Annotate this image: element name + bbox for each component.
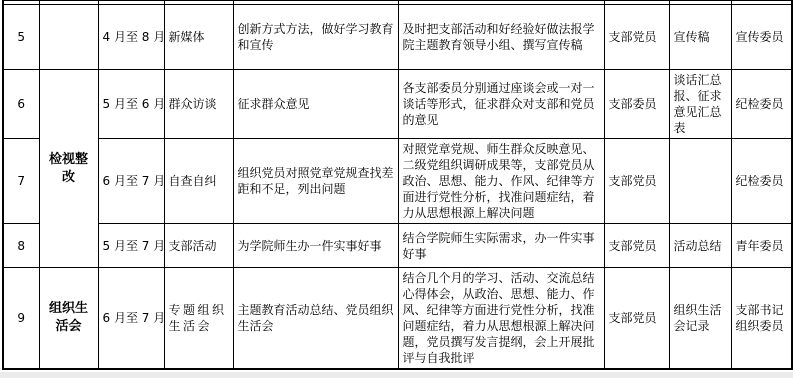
row7-output-cell [669, 139, 731, 224]
row9-responsible-cell: 支部党员 [604, 268, 669, 370]
row9-output-cell: 组织生活会记录 [669, 268, 731, 370]
table-row: 6 检视整改 5 月至 6 月 群众访谈 征求群众意见 各支部委员分别通过座谈会… [3, 70, 792, 139]
row8-number-cell: 8 [3, 224, 39, 268]
row8-activity-cell: 支部活动 [164, 224, 233, 268]
row9-method-cell: 主题教育活动总结、党员组织生活会 [233, 268, 398, 370]
section-zuzhi-shenghuohui-cell: 组织生活会 [39, 268, 98, 370]
row8-date-cell: 5 月至 7 月 [98, 224, 164, 268]
row7-detail-cell: 对照党章党规、师生群众反映意见、二级党组织调研成果等，支部党员从政治、思想、能力… [398, 139, 604, 224]
row8-detail-cell: 结合学院师生实际需求，办一件实事好事 [398, 224, 604, 268]
row9-committee-cell: 支部书记组织委员 [731, 268, 792, 370]
row8-responsible-cell: 支部党员 [604, 224, 669, 268]
row5-number-cell: 5 [3, 5, 39, 70]
table-row: 5 4 月至 8 月 新媒体 创新方式方法，做好学习教育和宣传 及时把支部活动和… [3, 5, 792, 70]
row8-output-cell: 活动总结 [669, 224, 731, 268]
row5-committee-cell: 宣传委员 [731, 5, 792, 70]
row6-date-cell: 5 月至 6 月 [98, 70, 164, 139]
row6-detail-cell: 各支部委员分别通过座谈会或一对一谈话等形式，征求群众对支部和党员的意见 [398, 70, 604, 139]
section-jianshi-zhenggai-cell: 检视整改 [39, 70, 98, 268]
row7-activity-cell: 自查自纠 [164, 139, 233, 224]
row6-number-cell: 6 [3, 70, 39, 139]
table-row: 8 5 月至 7 月 支部活动 为学院师生办一件实事好事 结合学院师生实际需求，… [3, 224, 792, 268]
row8-committee-cell: 青年委员 [731, 224, 792, 268]
page-margin-strip [0, 372, 793, 378]
row7-responsible-cell: 支部党员 [604, 139, 669, 224]
row9-date-cell: 6 月至 7 月 [98, 268, 164, 370]
row7-number-cell: 7 [3, 139, 39, 224]
table-row: 9 组织生活会 6 月至 7 月 专题组织生活会 主题教育活动总结、党员组织生活… [3, 268, 792, 370]
table-row: 7 6 月至 7 月 自查自纠 组织党员对照党章党规查找差距和不足，列出问题 对… [3, 139, 792, 224]
row9-detail-cell: 结合几个月的学习、活动、交流总结心得体会，从政治、思想、能力、作风、纪律等方面进… [398, 268, 604, 370]
row6-committee-cell: 纪检委员 [731, 70, 792, 139]
row6-responsible-cell: 支部委员 [604, 70, 669, 139]
row5-responsible-cell: 支部党员 [604, 5, 669, 70]
row5-method-cell: 创新方式方法，做好学习教育和宣传 [233, 5, 398, 70]
row7-committee-cell: 纪检委员 [731, 139, 792, 224]
row5-detail-cell: 及时把支部活动和好经验好做法报学院主题教育领导小组、撰写宣传稿 [398, 5, 604, 70]
row9-activity-cell: 专题组织生活会 [164, 268, 233, 370]
row8-method-cell: 为学院师生办一件实事好事 [233, 224, 398, 268]
row6-method-cell: 征求群众意见 [233, 70, 398, 139]
row5-activity-cell: 新媒体 [164, 5, 233, 70]
row5-date-cell: 4 月至 8 月 [98, 5, 164, 70]
row5-output-cell: 宣传稿 [669, 5, 731, 70]
row7-date-cell: 6 月至 7 月 [98, 139, 164, 224]
row5-section-cell [39, 5, 98, 70]
document-page: 5 4 月至 8 月 新媒体 创新方式方法，做好学习教育和宣传 及时把支部活动和… [0, 0, 793, 378]
row7-method-cell: 组织党员对照党章党规查找差距和不足，列出问题 [233, 139, 398, 224]
row6-output-cell: 谈话汇总报、征求意见汇总表 [669, 70, 731, 139]
row9-number-cell: 9 [3, 268, 39, 370]
work-plan-table: 5 4 月至 8 月 新媒体 创新方式方法，做好学习教育和宣传 及时把支部活动和… [2, 0, 793, 370]
row6-activity-cell: 群众访谈 [164, 70, 233, 139]
